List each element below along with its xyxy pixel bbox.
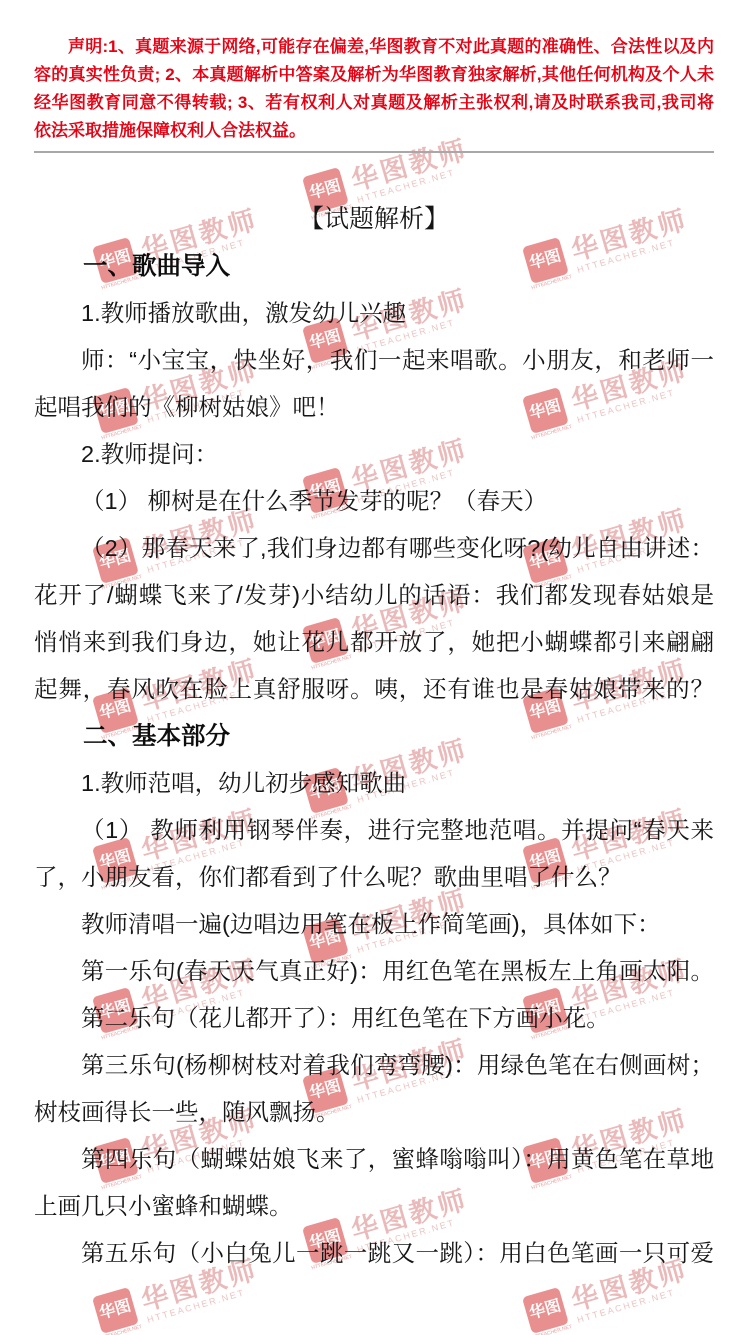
disclaimer-block: 声明:1、真题来源于网络,可能存在偏差,华图教育不对此真题的准确性、合法性以及内…	[34, 33, 714, 145]
paragraph: 第二乐句（花儿都开了）：用红色笔在下方画小花。	[34, 995, 714, 1042]
paragraph: 第一乐句(春天天气真正好)：用红色笔在黑板左上角画太阳。	[34, 948, 714, 995]
watermark-domain: HTTEACHER.NET	[576, 1282, 694, 1325]
watermark-domain: HTTEACHER.NET	[146, 1282, 264, 1325]
text-line: 第一乐句(春天天气真正好)：用红色笔在黑板左上角画太阳。	[34, 948, 714, 995]
text-line: 1.教师播放歌曲，激发幼儿兴趣	[34, 290, 714, 337]
text-line: （2）那春天来了,我们身边都有哪些变化呀?(幼儿自由讲述：	[34, 525, 714, 572]
paragraph: 第三乐句(杨柳树枝对着我们弯弯腰)：用绿色笔在右侧画树；树枝画得长一些，随风飘扬…	[34, 1042, 714, 1136]
text-line: 二、基本部分	[34, 713, 714, 760]
disclaimer-line: 声明:1、真题来源于网络,可能存在偏差,华图教育不对此真题的准确性、合法性以及内	[34, 33, 714, 61]
text-line: 了，小朋友看，你们都看到了什么呢？歌曲里唱了什么？	[34, 854, 714, 901]
huatu-seal-icon: 华图HTTEACHER.NET	[520, 1286, 573, 1335]
paragraph: （1） 柳树是在什么季节发芽的呢？（春天）	[34, 478, 714, 525]
text-line: 2.教师提问：	[34, 431, 714, 478]
paragraph: （2）那春天来了,我们身边都有哪些变化呀?(幼儿自由讲述：花开了/蝴蝶飞来了/发…	[34, 525, 714, 713]
text-line: 树枝画得长一些，随风飘扬。	[34, 1089, 714, 1136]
huatu-seal-icon: 华图HTTEACHER.NET	[90, 1286, 143, 1335]
huatu-logo-icon: 华图	[92, 1287, 139, 1334]
paragraph: 师：“小宝宝，快坐好，我们一起来唱歌。小朋友，和老师一起唱我们的《柳树姑娘》吧！	[34, 337, 714, 431]
huatu-logo-icon: 华图	[522, 1287, 569, 1334]
paragraph: （1） 教师利用钢琴伴奏，进行完整地范唱。并提问“春天来了，小朋友看，你们都看到…	[34, 807, 714, 901]
header-divider	[34, 151, 714, 153]
text-line: 第三乐句(杨柳树枝对着我们弯弯腰)：用绿色笔在右侧画树；	[34, 1042, 714, 1089]
disclaimer-line: 经华图教育同意不得转载; 3、若有权利人对真题及解析主张权利,请及时联系我司,我…	[34, 89, 714, 117]
text-line: 花开了/蝴蝶飞来了/发芽)小结幼儿的话语：我们都发现春姑娘是	[34, 572, 714, 619]
paragraph: 第四乐句（蝴蝶姑娘飞来了，蜜蜂嗡嗡叫）：用黄色笔在草地上画几只小蜜蜂和蝴蝶。	[34, 1136, 714, 1230]
section-heading: 一、歌曲导入	[34, 243, 714, 290]
text-line: 第二乐句（花儿都开了）：用红色笔在下方画小花。	[34, 995, 714, 1042]
document-page: 华图HTTEACHER.NET华图教师HTTEACHER.NET华图HTTEAC…	[0, 0, 748, 1335]
text-line: 1.教师范唱，幼儿初步感知歌曲	[34, 760, 714, 807]
page-title: 【试题解析】	[34, 199, 714, 239]
text-line: （1） 教师利用钢琴伴奏，进行完整地范唱。并提问“春天来	[34, 807, 714, 854]
watermark-logo-subtext: HTTEACHER.NET	[101, 1324, 143, 1335]
text-line: 起舞，春风吹在脸上真舒服呀。咦，还有谁也是春姑娘带来的？	[34, 666, 714, 713]
text-line: 教师清唱一遍(边唱边用笔在板上作简笔画)，具体如下：	[34, 901, 714, 948]
paragraph: 1.教师范唱，幼儿初步感知歌曲	[34, 760, 714, 807]
text-line: 起唱我们的《柳树姑娘》吧！	[34, 384, 714, 431]
text-line: 上画几只小蜜蜂和蝴蝶。	[34, 1183, 714, 1230]
watermark-logo-subtext: HTTEACHER.NET	[531, 1324, 573, 1335]
disclaimer-line: 依法采取措施保障权利人合法权益。	[34, 117, 714, 145]
text-line: 第四乐句（蝴蝶姑娘飞来了，蜜蜂嗡嗡叫）：用黄色笔在草地	[34, 1136, 714, 1183]
text-line: 师：“小宝宝，快坐好，我们一起来唱歌。小朋友，和老师一	[34, 337, 714, 384]
text-line: 第五乐句（小白兔儿一跳一跳又一跳）：用白色笔画一只可爱	[34, 1230, 714, 1277]
paragraph: 2.教师提问：	[34, 431, 714, 478]
text-line: 一、歌曲导入	[34, 243, 714, 290]
text-line: （1） 柳树是在什么季节发芽的呢？（春天）	[34, 478, 714, 525]
disclaimer-line: 容的真实性负责; 2、本真题解析中答案及解析为华图教育独家解析,其他任何机构及个…	[34, 61, 714, 89]
paragraph: 教师清唱一遍(边唱边用笔在板上作简笔画)，具体如下：	[34, 901, 714, 948]
section-heading: 二、基本部分	[34, 713, 714, 760]
text-line: 悄悄来到我们身边，她让花儿都开放了，她把小蝴蝶都引来翩翩	[34, 619, 714, 666]
document-body: 声明:1、真题来源于网络,可能存在偏差,华图教育不对此真题的准确性、合法性以及内…	[0, 0, 748, 1277]
paragraph: 第五乐句（小白兔儿一跳一跳又一跳）：用白色笔画一只可爱	[34, 1230, 714, 1277]
analysis-content: 一、歌曲导入1.教师播放歌曲，激发幼儿兴趣师：“小宝宝，快坐好，我们一起来唱歌。…	[34, 243, 714, 1277]
paragraph: 1.教师播放歌曲，激发幼儿兴趣	[34, 290, 714, 337]
